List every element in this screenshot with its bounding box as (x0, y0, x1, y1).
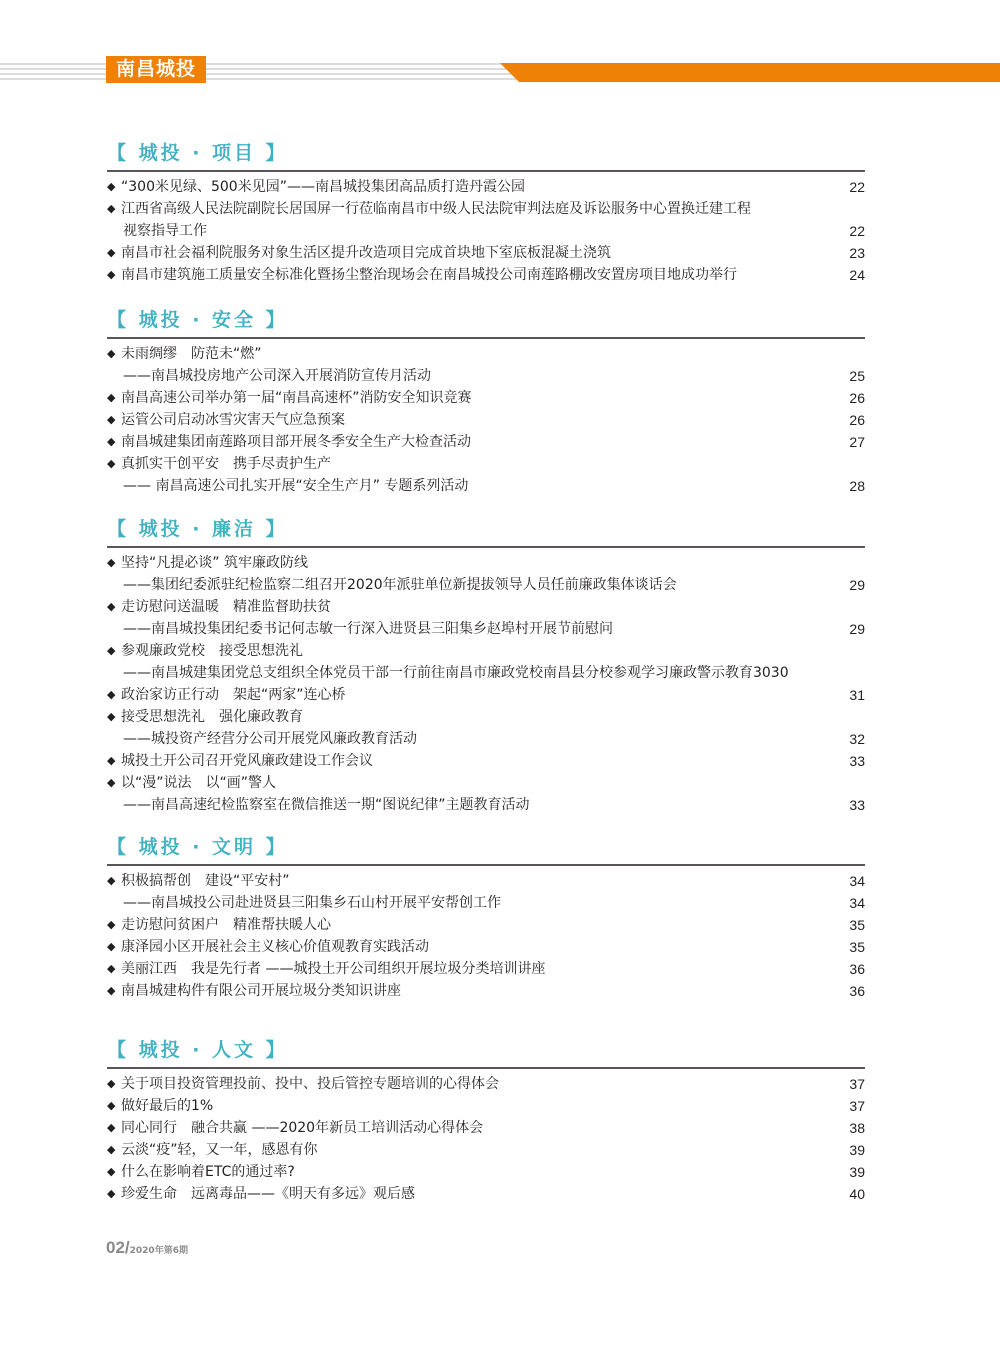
brand-label: 南昌城投 (106, 56, 206, 83)
entry-title: 走访慰问贫困户 精准帮扶暖人心 (121, 917, 331, 933)
page-number: 37 (849, 1095, 865, 1117)
toc-section: 【 城投 · 文明 】◆积极搞帮创 建设“平安村”34——南昌城投公司赴进贤县三… (107, 832, 865, 1002)
diamond-bullet-icon: ◆ (107, 706, 121, 728)
entry-title: ——城投资产经营分公司开展党风廉政教育活动 (123, 731, 417, 747)
toc-entry-line[interactable]: ——南昌高速纪检监察室在微信推送一期“图说纪律”主题教育活动33 (107, 794, 865, 816)
diamond-bullet-icon: ◆ (107, 640, 121, 662)
toc-entry-line[interactable]: ◆南昌高速公司举办第一届“南昌高速杯”消防安全知识竞赛26 (107, 387, 865, 409)
toc-entry-line[interactable]: 视察指导工作22 (107, 220, 865, 242)
section-title: 【 城投 · 文明 】 (107, 832, 865, 862)
entry-title: 江西省高级人民法院副院长居国屏一行莅临南昌市中级人民法院审判法庭及诉讼服务中心置… (121, 201, 751, 217)
page-number: 27 (849, 431, 865, 453)
entry-title: ——南昌城投房地产公司深入开展消防宣传月活动 (123, 368, 431, 384)
diamond-bullet-icon: ◆ (107, 750, 121, 772)
entry-title: ——集团纪委派驻纪检监察二组召开2020年派驻单位新提拔领导人员任前廉政集体谈话… (123, 577, 677, 593)
page-number: 38 (849, 1117, 865, 1139)
page-number: 34 (849, 892, 865, 914)
diamond-bullet-icon: ◆ (107, 198, 121, 220)
toc-entry-line[interactable]: ◆云淡“疫”轻，又一年，感恩有你39 (107, 1139, 865, 1161)
toc-entry-line[interactable]: ◆城投土开公司召开党风廉政建设工作会议33 (107, 750, 865, 772)
toc-entry-line[interactable]: ◆南昌城建集团南莲路项目部开展冬季安全生产大检查活动27 (107, 431, 865, 453)
diamond-bullet-icon: ◆ (107, 343, 121, 365)
page-number: 22 (849, 176, 865, 198)
section-divider (107, 546, 865, 548)
diamond-bullet-icon: ◆ (107, 1139, 121, 1161)
diamond-bullet-icon: ◆ (107, 264, 121, 286)
entry-title: ——南昌高速纪检监察室在微信推送一期“图说纪律”主题教育活动 (123, 797, 530, 813)
toc-entry-line[interactable]: ◆“300米见绿、500米见园”——南昌城投集团高品质打造丹霞公园22 (107, 176, 865, 198)
section-divider (107, 864, 865, 866)
toc-entry-line[interactable]: ◆美丽江西 我是先行者 ——城投土开公司组织开展垃圾分类培训讲座36 (107, 958, 865, 980)
entry-title: 珍爱生命 远离毒品——《明天有多远》观后感 (121, 1186, 415, 1202)
toc-entry-line[interactable]: ◆接受思想洗礼 强化廉政教育 (107, 706, 865, 728)
entry-title: ——南昌城投公司赴进贤县三阳集乡石山村开展平安帮创工作 (123, 895, 501, 911)
page-number: 37 (849, 1073, 865, 1095)
diamond-bullet-icon: ◆ (107, 387, 121, 409)
toc-entry-line[interactable]: ◆珍爱生命 远离毒品——《明天有多远》观后感40 (107, 1183, 865, 1205)
diamond-bullet-icon: ◆ (107, 936, 121, 958)
entry-title: 美丽江西 我是先行者 ——城投土开公司组织开展垃圾分类培训讲座 (121, 961, 545, 977)
entry-title: —— 南昌高速公司扎实开展“安全生产月” 专题系列活动 (123, 478, 468, 494)
diamond-bullet-icon: ◆ (107, 1095, 121, 1117)
entry-title: 南昌市社会福利院服务对象生活区提升改造项目完成首块地下室底板混凝土浇筑 (121, 245, 611, 261)
toc-entry-line[interactable]: ——集团纪委派驻纪检监察二组召开2020年派驻单位新提拔领导人员任前廉政集体谈话… (107, 574, 865, 596)
toc-entry-line[interactable]: ◆什么在影响着ETC的通过率?39 (107, 1161, 865, 1183)
entry-title: 未雨绸缪 防范未“燃” (121, 346, 262, 362)
entry-title: 政治家访正行动 架起“两家”连心桥 (121, 687, 346, 703)
footer-issue: 2020年第6期 (130, 1246, 188, 1256)
entry-title: 运管公司启动冰雪灾害天气应急预案 (121, 412, 345, 428)
page-number: 36 (849, 980, 865, 1002)
toc-entry-line[interactable]: ——南昌城投公司赴进贤县三阳集乡石山村开展平安帮创工作34 (107, 892, 865, 914)
page-number: 25 (849, 365, 865, 387)
diamond-bullet-icon: ◆ (107, 453, 121, 475)
toc-section: 【 城投 · 项目 】◆“300米见绿、500米见园”——南昌城投集团高品质打造… (107, 138, 865, 286)
page-number: 32 (849, 728, 865, 750)
toc-entry-line[interactable]: ◆江西省高级人民法院副院长居国屏一行莅临南昌市中级人民法院审判法庭及诉讼服务中心… (107, 198, 865, 220)
toc-entry-line[interactable]: ◆运管公司启动冰雪灾害天气应急预案26 (107, 409, 865, 431)
diamond-bullet-icon: ◆ (107, 431, 121, 453)
section-divider (107, 337, 865, 339)
toc-entry-line[interactable]: ◆积极搞帮创 建设“平安村”34 (107, 870, 865, 892)
toc-entry-line[interactable]: ◆走访慰问贫困户 精准帮扶暖人心35 (107, 914, 865, 936)
page-number: 40 (849, 1183, 865, 1205)
page-number: 39 (849, 1161, 865, 1183)
page-number: 24 (849, 264, 865, 286)
section-title: 【 城投 · 安全 】 (107, 305, 865, 335)
entry-title: 同心同行 融合共赢 ——2020年新员工培训活动心得体会 (121, 1120, 483, 1136)
page-number: 31 (849, 684, 865, 706)
entry-title: 康泽园小区开展社会主义核心价值观教育实践活动 (121, 939, 429, 955)
diamond-bullet-icon: ◆ (107, 684, 121, 706)
entry-title: 接受思想洗礼 强化廉政教育 (121, 709, 303, 725)
page-number: 36 (849, 958, 865, 980)
toc-entry-line[interactable]: ◆关于项目投资管理投前、投中、投后管控专题培训的心得体会37 (107, 1073, 865, 1095)
toc-entry-line[interactable]: ◆南昌市社会福利院服务对象生活区提升改造项目完成首块地下室底板混凝土浇筑23 (107, 242, 865, 264)
diamond-bullet-icon: ◆ (107, 409, 121, 431)
toc-section: 【 城投 · 人文 】◆关于项目投资管理投前、投中、投后管控专题培训的心得体会3… (107, 1035, 865, 1205)
diamond-bullet-icon: ◆ (107, 1183, 121, 1205)
toc-entry-line[interactable]: —— 南昌高速公司扎实开展“安全生产月” 专题系列活动28 (107, 475, 865, 497)
page-number: 23 (849, 242, 865, 264)
page-number: 35 (849, 936, 865, 958)
entry-title: ——南昌城投集团纪委书记何志敏一行深入进贤县三阳集乡赵埠村开展节前慰问 (123, 621, 613, 637)
page-number: 26 (849, 387, 865, 409)
section-title: 【 城投 · 廉洁 】 (107, 514, 865, 544)
toc-entry-line[interactable]: ——南昌城投集团纪委书记何志敏一行深入进贤县三阳集乡赵埠村开展节前慰问29 (107, 618, 865, 640)
entry-title: 南昌市建筑施工质量安全标准化暨扬尘整治现场会在南昌城投公司南莲路棚改安置房项目地… (121, 267, 737, 283)
diamond-bullet-icon: ◆ (107, 242, 121, 264)
diamond-bullet-icon: ◆ (107, 772, 121, 794)
section-title: 【 城投 · 人文 】 (107, 1035, 865, 1065)
toc-entry-line[interactable]: ◆坚持“凡提必谈” 筑牢廉政防线 (107, 552, 865, 574)
toc-section: 【 城投 · 廉洁 】◆坚持“凡提必谈” 筑牢廉政防线——集团纪委派驻纪检监察二… (107, 514, 865, 816)
entry-title: 参观廉政党校 接受思想洗礼 (121, 643, 303, 659)
page-number: 29 (849, 574, 865, 596)
diamond-bullet-icon: ◆ (107, 958, 121, 980)
entry-title: 城投土开公司召开党风廉政建设工作会议 (121, 753, 373, 769)
diamond-bullet-icon: ◆ (107, 596, 121, 618)
entry-title: 坚持“凡提必谈” 筑牢廉政防线 (121, 555, 308, 571)
entry-title: “300米见绿、500米见园”——南昌城投集团高品质打造丹霞公园 (121, 179, 525, 195)
entry-title: 视察指导工作 (123, 223, 207, 239)
section-divider (107, 1067, 865, 1069)
page-number: 26 (849, 409, 865, 431)
toc-entry-line[interactable]: ◆以“漫”说法 以“画”警人 (107, 772, 865, 794)
diamond-bullet-icon: ◆ (107, 176, 121, 198)
toc-entry-line[interactable]: ——南昌城投房地产公司深入开展消防宣传月活动25 (107, 365, 865, 387)
page-number: 33 (849, 750, 865, 772)
toc-entry-line[interactable]: ◆真抓实干创平安 携手尽责护生产 (107, 453, 865, 475)
entry-title: 以“漫”说法 以“画”警人 (121, 775, 276, 791)
page-number: 34 (849, 870, 865, 892)
entry-title: 南昌城建构件有限公司开展垃圾分类知识讲座 (121, 983, 401, 999)
entry-title: 云淡“疫”轻，又一年，感恩有你 (121, 1142, 318, 1158)
diamond-bullet-icon: ◆ (107, 980, 121, 1002)
page-number: 22 (849, 220, 865, 242)
diamond-bullet-icon: ◆ (107, 870, 121, 892)
page-number: 39 (849, 1139, 865, 1161)
toc-entry-line[interactable]: ——城投资产经营分公司开展党风廉政教育活动32 (107, 728, 865, 750)
toc-entry-line[interactable]: ◆南昌市建筑施工质量安全标准化暨扬尘整治现场会在南昌城投公司南莲路棚改安置房项目… (107, 264, 865, 286)
toc-entry-line[interactable]: ◆南昌城建构件有限公司开展垃圾分类知识讲座36 (107, 980, 865, 1002)
entry-title: ——南昌城建集团党总支组织全体党员干部一行前往南昌市廉政党校南昌县分校参观学习廉… (123, 665, 789, 681)
entry-title: 关于项目投资管理投前、投中、投后管控专题培训的心得体会 (121, 1076, 499, 1092)
entry-title: 做好最后的1% (121, 1098, 213, 1114)
diamond-bullet-icon: ◆ (107, 914, 121, 936)
toc-entry-line[interactable]: ◆参观廉政党校 接受思想洗礼 (107, 640, 865, 662)
section-title: 【 城投 · 项目 】 (107, 138, 865, 168)
header-band: 南昌城投 (0, 62, 1000, 84)
toc-entry-line[interactable]: ◆政治家访正行动 架起“两家”连心桥31 (107, 684, 865, 706)
diamond-bullet-icon: ◆ (107, 1161, 121, 1183)
page-number: 28 (849, 475, 865, 497)
page-number: 33 (849, 794, 865, 816)
entry-title: 什么在影响着ETC的通过率? (121, 1164, 295, 1180)
toc-entry-line[interactable]: ◆未雨绸缪 防范未“燃” (107, 343, 865, 365)
toc-entry-line[interactable]: ◆康泽园小区开展社会主义核心价值观教育实践活动35 (107, 936, 865, 958)
toc-entry-line[interactable]: ◆同心同行 融合共赢 ——2020年新员工培训活动心得体会38 (107, 1117, 865, 1139)
toc-entry-line[interactable]: ◆走访慰问送温暖 精准监督助扶贫 (107, 596, 865, 618)
entry-title: 南昌高速公司举办第一届“南昌高速杯”消防安全知识竞赛 (121, 390, 472, 406)
header-orange-bar (500, 63, 1000, 82)
page-number: 29 (849, 618, 865, 640)
entry-title: 真抓实干创平安 携手尽责护生产 (121, 456, 331, 472)
section-divider (107, 170, 865, 172)
toc-entry-line[interactable]: ◆做好最后的1%37 (107, 1095, 865, 1117)
entry-title: 南昌城建集团南莲路项目部开展冬季安全生产大检查活动 (121, 434, 471, 450)
entry-title: 积极搞帮创 建设“平安村” (121, 873, 290, 889)
diamond-bullet-icon: ◆ (107, 1117, 121, 1139)
header-stripes (0, 63, 520, 83)
diamond-bullet-icon: ◆ (107, 1073, 121, 1095)
toc-entry-line[interactable]: ——南昌城建集团党总支组织全体党员干部一行前往南昌市廉政党校南昌县分校参观学习廉… (107, 662, 865, 684)
entry-title: 走访慰问送温暖 精准监督助扶贫 (121, 599, 331, 615)
footer: 02/2020年第6期 (106, 1238, 188, 1258)
diamond-bullet-icon: ◆ (107, 552, 121, 574)
page-number: 35 (849, 914, 865, 936)
toc-section: 【 城投 · 安全 】◆未雨绸缪 防范未“燃”——南昌城投房地产公司深入开展消防… (107, 305, 865, 497)
footer-page-number: 02/ (106, 1238, 130, 1257)
